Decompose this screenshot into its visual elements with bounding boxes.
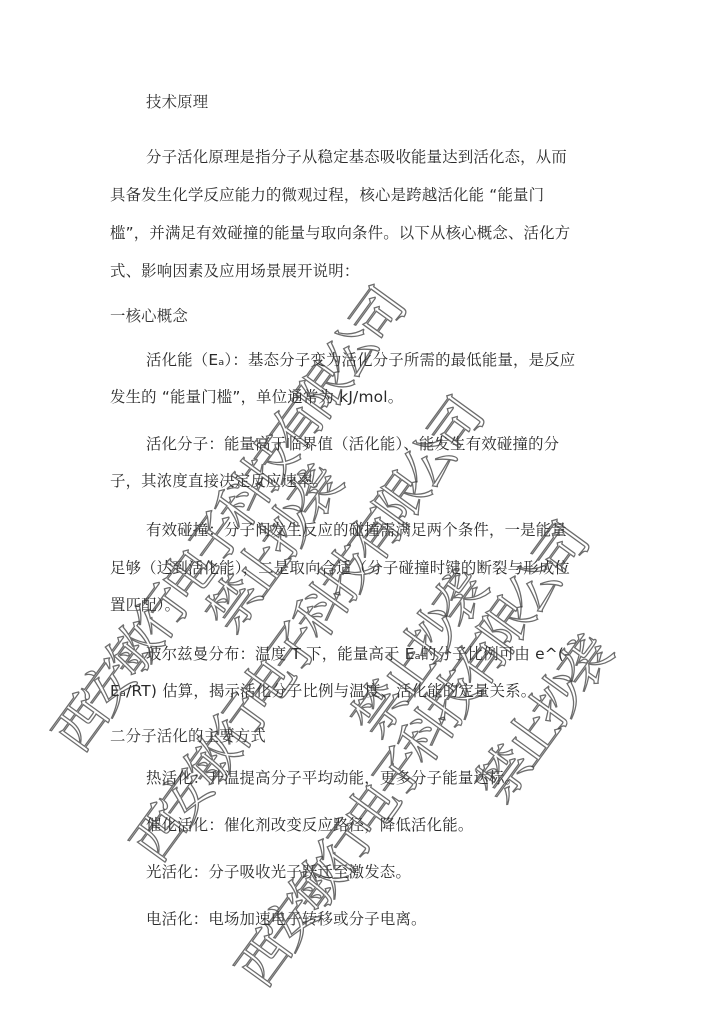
document-page: 技术原理 分子活化原理是指分子从稳定基态吸收能量达到活化态，从而 具备发生化学反… [0, 0, 724, 1024]
section1-heading: 一核心概念 [110, 306, 188, 326]
electro-activation: 电活化：电场加速电子转移或分子电离。 [110, 909, 427, 929]
intro-line-3: 槛”，并满足有效碰撞的能量与取向条件。以下从核心概念、活化方 [110, 223, 570, 243]
intro-line-1: 分子活化原理是指分子从稳定基态吸收能量达到活化态，从而 [110, 147, 567, 167]
watermark-company-2: 西安敏行电子科技有限公司 [110, 383, 495, 874]
thermal-activation: 热活化：升温提高分子平均动能，更多分子能量达标。 [110, 768, 520, 788]
activation-energy-line-1: 活化能（Eₐ）：基态分子变为活化分子所需的最低能量，是反应 [110, 350, 575, 370]
effective-collision-line-3: 置匹配）。 [110, 595, 180, 615]
boltzmann-line-1: 玻尔兹曼分布：温度 T 下，能量高于 Eₐ的分子比例可由 e^(- [110, 644, 570, 664]
activated-molecule-line-1: 活化分子：能量高于临界值（活化能）、能发生有效碰撞的分 [110, 434, 559, 454]
photo-activation: 光活化：分子吸收光子跃迁至激发态。 [110, 862, 411, 882]
intro-line-4: 式、影响因素及应用场景展开说明： [110, 261, 359, 281]
boltzmann-line-2: Eₐ/RT) 估算，揭示活化分子比例与温度、活化能的定量关系。 [110, 681, 536, 701]
section-title: 技术原理 [110, 92, 208, 112]
section2-heading: 二分子活化的主要方式 [110, 726, 266, 746]
intro-line-2: 具备发生化学反应能力的微观过程，核心是跨越活化能 “能量门 [110, 185, 544, 205]
effective-collision-line-2: 足够（达到活化能），二是取向合适（分子碰撞时键的断裂与形成位 [110, 558, 570, 578]
activated-molecule-line-2: 子，其浓度直接决定反应速率。 [110, 471, 328, 491]
effective-collision-line-1: 有效碰撞：分子间发生反应的碰撞需满足两个条件，一是能量 [110, 520, 567, 540]
catalytic-activation: 催化活化：催化剂改变反应路径，降低活化能。 [110, 815, 473, 835]
activation-energy-line-2: 发生的 “能量门槛”，单位通常为 kJ/mol。 [110, 387, 403, 407]
